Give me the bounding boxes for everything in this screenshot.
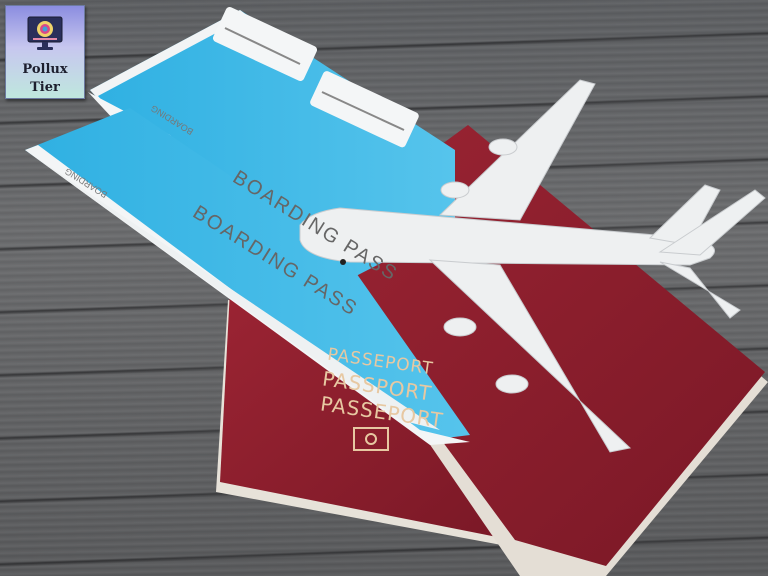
logo-title-line2: Tier (6, 81, 84, 95)
logo-title-line1: Pollux (6, 63, 84, 77)
scene-illustration (0, 0, 768, 576)
photo-scene: PASSEPORT PASSPORT PASSEPORT BOARDING PA… (0, 0, 768, 576)
pollux-tier-logo: Pollux Tier (5, 5, 85, 99)
monitor-globe-icon (25, 14, 65, 54)
